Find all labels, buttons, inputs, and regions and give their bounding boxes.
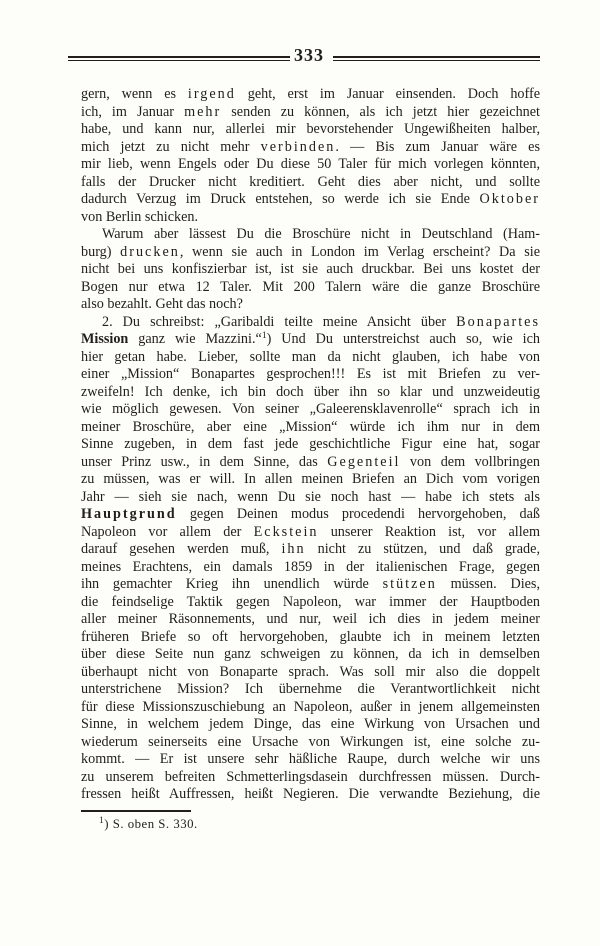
text-line: Bogen nur etwa 12 Taler. Mit 200 Talern …	[81, 279, 540, 297]
text-line: habe, und kann nur, allerlei mir bevorst…	[81, 121, 540, 139]
text-segment: Eckstein	[254, 524, 319, 540]
text-line: gern, wenn es irgend geht, erst im Janua…	[81, 86, 540, 104]
text-line: Jahr — sieh sie nach, wenn Du sie noch h…	[81, 489, 540, 507]
text-segment: unser Prinz usw., in dem Sinne, das	[81, 454, 327, 470]
text-line: wie möglich gewesen. Von seiner „Galeere…	[81, 401, 540, 419]
text-segment: mehr	[184, 104, 221, 120]
text-segment: also bezahlt. Geht das noch?	[81, 296, 243, 312]
text-line: nicht bei uns konfiszierbar ist, ist sie…	[81, 261, 540, 279]
text-segment: Bonapartes	[456, 314, 540, 330]
text-segment: 2. Du schreibst: „Garibaldi teilte meine…	[102, 314, 456, 330]
text-segment: wiederum seinerseits eine Ursache von Wi…	[81, 734, 540, 750]
footnote: 1) S. oben S. 330.	[81, 810, 540, 832]
text-line: wiederum seinerseits eine Ursache von Wi…	[81, 734, 540, 752]
text-segment: ganz wie Mazzini.“	[128, 331, 262, 347]
text-line: ich, im Januar mehr senden zu können, al…	[81, 104, 540, 122]
footnote-separator	[81, 810, 191, 812]
text-line: falls der Drucker nicht kreditiert. Geht…	[81, 174, 540, 192]
text-line: Sinne, in welchem jedem Dinge, das eine …	[81, 716, 540, 734]
page-body: gern, wenn es irgend geht, erst im Janua…	[81, 86, 540, 804]
text-segment: einer „Mission“ Bonapartes gesprochen!!!…	[81, 366, 540, 382]
text-line: meines Erachtens, ein damals 1859 in der…	[81, 559, 540, 577]
text-segment: von Berlin schicken.	[81, 209, 198, 225]
text-segment: burg)	[81, 244, 120, 260]
text-segment: gern, wenn es	[81, 86, 188, 102]
text-line: zu unserem befreiten Schmetterlingsdasei…	[81, 769, 540, 787]
text-segment: Gegenteil	[327, 454, 400, 470]
text-line: von Berlin schicken.	[81, 209, 540, 227]
text-line: also bezahlt. Geht das noch?	[81, 296, 540, 314]
text-segment: ihn gemachter Krieg ihn unendlich würde	[81, 576, 383, 592]
page: 333 gern, wenn es irgend geht, erst im J…	[0, 0, 600, 946]
text-line: burg) drucken, wenn sie auch in London i…	[81, 244, 540, 262]
text-line: ihn gemachter Krieg ihn unendlich würde …	[81, 576, 540, 594]
text-segment: zu unserem befreiten Schmetterlingsdasei…	[81, 769, 540, 785]
footnote-text: 1) S. oben S. 330.	[81, 817, 540, 832]
text-segment: für diese Missionszuschiebung an Napoleo…	[81, 699, 540, 715]
text-line: Hauptgrund gegen Deinen modus procedendi…	[81, 506, 540, 524]
text-segment: meines Erachtens, ein damals 1859 in der…	[81, 559, 540, 575]
text-segment: hier getan habe. Lieber, sollte man da n…	[81, 349, 540, 365]
text-line: über diese Seite nun ganz schweigen zu k…	[81, 646, 540, 664]
text-segment: müssen. Dies,	[437, 576, 540, 592]
text-segment: nicht bei uns konfiszierbar ist, ist sie…	[81, 261, 540, 277]
text-line: zu müssen, was er will. In allen meinen …	[81, 471, 540, 489]
text-segment: Sinne zugeben, in dem fast jede geschich…	[81, 436, 540, 452]
text-segment: geht, erst im Januar einsenden. Doch hof…	[236, 86, 540, 102]
text-line: aller meiner Räsonnements, und nur, weil…	[81, 611, 540, 629]
text-segment: ihn	[281, 541, 305, 557]
text-segment: habe, und kann nur, allerlei mir bevorst…	[81, 121, 540, 137]
text-line: Sinne zugeben, in dem fast jede geschich…	[81, 436, 540, 454]
text-line: unterstrichene Mission? Ich übernehme di…	[81, 681, 540, 699]
text-line: dadurch Verzug im Druck entstehen, so we…	[81, 191, 540, 209]
text-line: überhaupt nicht von Bonaparte sprach. Wa…	[81, 664, 540, 682]
text-line: darauf gesehen werden muß, ihn nicht zu …	[81, 541, 540, 559]
text-segment: wie möglich gewesen. Von seiner „Galeere…	[81, 401, 540, 417]
text-segment: die feindselige Taktik gegen Napoleon, w…	[81, 594, 540, 610]
text-line: mich jetzt zu nicht mehr verbinden. — Bi…	[81, 139, 540, 157]
text-segment: von dem vollbringen	[400, 454, 540, 470]
text-line: 2. Du schreibst: „Garibaldi teilte meine…	[81, 314, 540, 332]
text-segment: Jahr — sieh sie nach, wenn Du sie noch h…	[81, 489, 540, 505]
text-segment: drucken	[120, 244, 180, 260]
text-segment: nicht zu stützen, und daß grade,	[306, 541, 540, 557]
text-segment: stützen	[383, 576, 437, 592]
text-line: mir lieb, wenn Engels oder Du diese 50 T…	[81, 156, 540, 174]
text-segment: ) Und Du unterstreichst auch so, wie ich	[267, 331, 540, 347]
text-segment: darauf gesehen werden muß,	[81, 541, 281, 557]
text-segment: überhaupt nicht von Bonaparte sprach. Wa…	[81, 664, 540, 680]
text-segment: irgend	[188, 86, 236, 102]
text-segment: . — Bis zum Januar wäre es	[335, 139, 540, 155]
text-segment: unterstrichene Mission? Ich übernehme di…	[81, 681, 540, 697]
text-segment: über diese Seite nun ganz schweigen zu k…	[81, 646, 540, 662]
text-line: die feindselige Taktik gegen Napoleon, w…	[81, 594, 540, 612]
header-rule-left	[68, 56, 290, 61]
text-segment: Mission	[81, 331, 128, 347]
text-segment: ) S. oben S. 330.	[104, 817, 197, 831]
text-line: Warum aber lässest Du die Broschüre nich…	[81, 226, 540, 244]
text-segment: dadurch Verzug im Druck entstehen, so we…	[81, 191, 480, 207]
text-line: Napoleon vor allem der Eckstein unserer …	[81, 524, 540, 542]
text-segment: falls der Drucker nicht kreditiert. Geht…	[81, 174, 540, 190]
text-line: Mission ganz wie Mazzini.“1) Und Du unte…	[81, 331, 540, 349]
text-line: einer „Mission“ Bonapartes gesprochen!!!…	[81, 366, 540, 384]
text-line: unser Prinz usw., in dem Sinne, das Gege…	[81, 454, 540, 472]
text-segment: verbinden	[261, 139, 336, 155]
header-rule-right	[333, 56, 540, 61]
text-line: kommt. — Er ist unsere sehr häßliche Rau…	[81, 751, 540, 769]
text-segment: Warum aber lässest Du die Broschüre nich…	[102, 226, 540, 242]
text-segment: Hauptgrund	[81, 506, 177, 522]
text-segment: Sinne, in welchem jedem Dinge, das eine …	[81, 716, 540, 732]
text-segment: gegen Deinen modus procedendi hervorgeho…	[177, 506, 540, 522]
text-segment: ich, im Januar	[81, 104, 184, 120]
text-segment: Napoleon vor allem der	[81, 524, 254, 540]
text-segment: mir lieb, wenn Engels oder Du diese 50 T…	[81, 156, 540, 172]
text-segment: zu müssen, was er will. In allen meinen …	[81, 471, 540, 487]
text-segment: mich jetzt zu nicht mehr	[81, 139, 261, 155]
text-segment: zweifeln! Ich denke, ich bin doch über i…	[81, 384, 540, 400]
text-segment: kommt. — Er ist unsere sehr häßliche Rau…	[81, 751, 540, 767]
page-header: 333	[0, 0, 600, 76]
text-segment: aller meiner Räsonnements, und nur, weil…	[81, 611, 540, 627]
text-line: fressen heißt Auffressen, heißt Negieren…	[81, 786, 540, 804]
text-segment: meiner Broschüre, aber eine „Mission“ wü…	[81, 419, 540, 435]
text-segment: unserer Reaktion ist, vor allem	[318, 524, 540, 540]
text-segment: Oktober	[480, 191, 541, 207]
text-line: hier getan habe. Lieber, sollte man da n…	[81, 349, 540, 367]
text-line: meiner Broschüre, aber eine „Mission“ wü…	[81, 419, 540, 437]
text-segment: früheren Briefe so oft hervorgehoben, gl…	[81, 629, 540, 645]
text-line: zweifeln! Ich denke, ich bin doch über i…	[81, 384, 540, 402]
text-segment: fressen heißt Auffressen, heißt Negieren…	[81, 786, 540, 802]
text-segment: senden zu können, als ich jetzt hier gez…	[221, 104, 540, 120]
text-segment: , wenn sie auch in London im Verlag ersc…	[180, 244, 540, 260]
text-line: früheren Briefe so oft hervorgehoben, gl…	[81, 629, 540, 647]
text-segment: Bogen nur etwa 12 Taler. Mit 200 Talern …	[81, 279, 540, 295]
text-line: für diese Missionszuschiebung an Napoleo…	[81, 699, 540, 717]
